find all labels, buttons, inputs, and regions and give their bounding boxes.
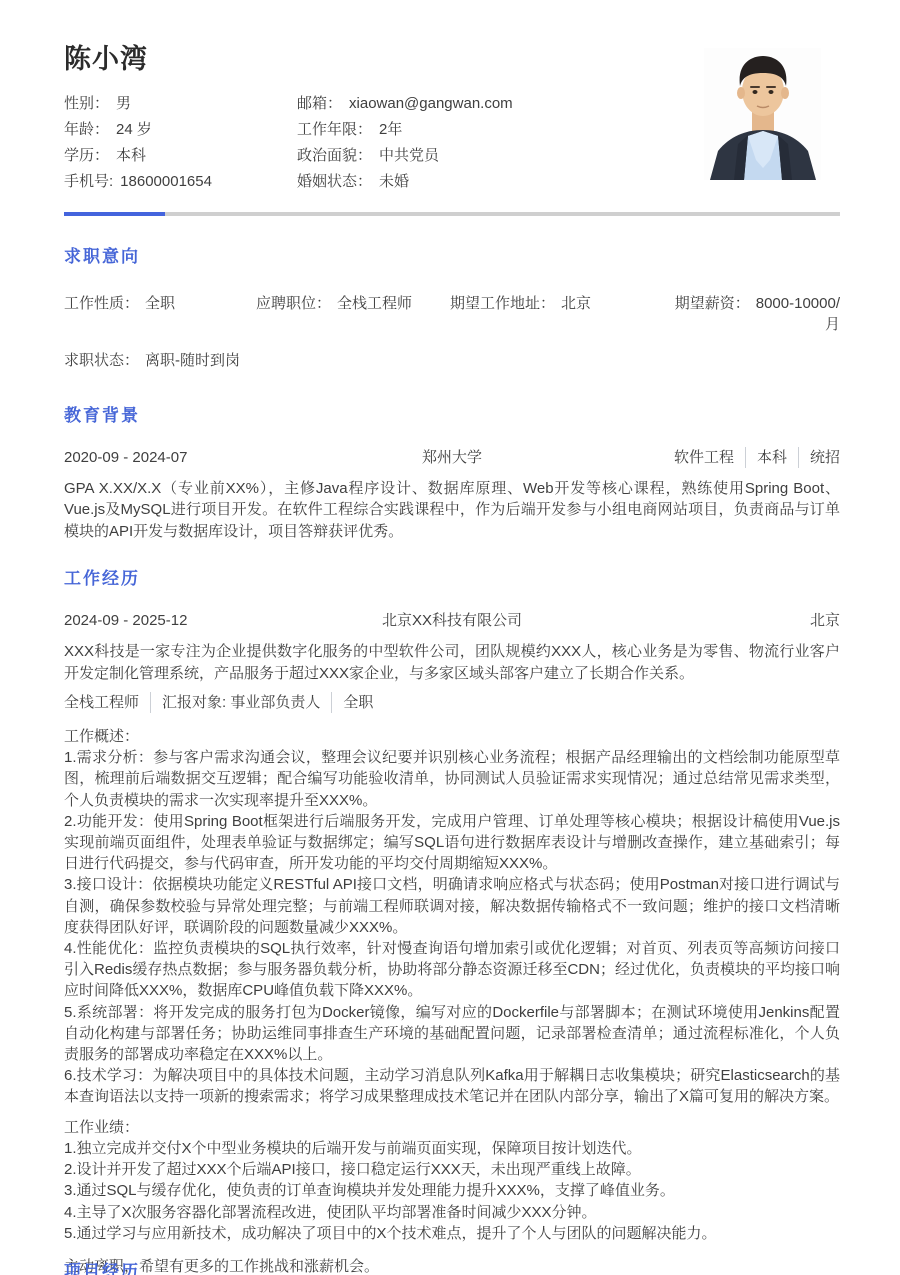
field-age: 年龄：24 岁 — [64, 120, 297, 140]
education-meta: 软件工程 本科 统招 — [482, 447, 840, 468]
work-achievements-label: 工作业绩： — [64, 1117, 840, 1138]
work-overview-item: 1.需求分析：参与客户需求沟通会议，整理会议纪要并识别核心业务流程；根据产品经理… — [64, 747, 840, 811]
work-overview-label: 工作概述： — [64, 726, 840, 747]
candidate-photo — [704, 48, 821, 180]
field-marital-status-value: 未婚 — [379, 173, 409, 190]
field-gender-value: 男 — [116, 95, 131, 112]
field-degree: 学历：本科 — [64, 146, 297, 166]
field-email-value: xiaowan@gangwan.com — [349, 95, 513, 112]
basic-info-left: 性别：男 年龄：24 岁 学历：本科 手机号:18600001654 — [64, 94, 297, 192]
header-divider — [64, 212, 840, 216]
id-photo-illustration — [704, 48, 821, 180]
section-title-work: 工作经历 — [64, 568, 840, 590]
field-marital-status: 婚姻状态：未婚 — [297, 172, 513, 192]
field-gender-label: 性别： — [64, 95, 109, 112]
education-enrollment-type: 统招 — [798, 447, 840, 468]
work-company-intro: XXX科技是一家专注为企业提供数字化服务的中型软件公司，团队规模约XXX人，核心… — [64, 641, 840, 684]
work-role-row: 全栈工程师 汇报对象: 事业部负责人 全职 — [64, 692, 840, 713]
education-meta-list: 软件工程 本科 统招 — [674, 447, 840, 468]
field-degree-label: 学历： — [64, 147, 109, 164]
header-divider-accent — [64, 212, 165, 216]
section-title-education: 教育背景 — [64, 405, 840, 427]
field-phone-label: 手机号: — [64, 173, 113, 190]
field-target-position-label: 应聘职位： — [256, 295, 331, 312]
work-overview-item: 6.技术学习：为解决项目中的具体技术问题，主动学习消息队列Kafka用于解耦日志… — [64, 1065, 840, 1107]
field-phone-value: 18600001654 — [120, 173, 212, 190]
work-period: 2024-09 - 2025-12 — [64, 610, 382, 631]
work-achievement-item: 4.主导了X次服务容器化部署流程改进，使团队平均部署准备时间减少XXX分钟。 — [64, 1202, 840, 1223]
work-achievement-item: 3.通过SQL与缓存优化，使负责的订单查询模块并发处理能力提升XXX%，支撑了峰… — [64, 1180, 840, 1201]
education-description: GPA X.XX/X.X（专业前XX%），主修Java程序设计、数据库原理、We… — [64, 478, 840, 542]
field-gender: 性别：男 — [64, 94, 297, 114]
work-achievement-item: 5.通过学习与应用新技术，成功解决了项目中的X个技术难点，提升了个人与团队的问题… — [64, 1223, 840, 1244]
education-degree: 本科 — [745, 447, 787, 468]
work-head-row: 2024-09 - 2025-12 北京XX科技有限公司 北京 — [64, 610, 840, 631]
field-marital-status-label: 婚姻状态： — [297, 173, 372, 190]
field-expected-salary: 期望薪资：8000-10000/月 — [662, 293, 840, 335]
field-email: 邮箱：xiaowan@gangwan.com — [297, 94, 513, 114]
field-email-label: 邮箱： — [297, 95, 342, 112]
work-employment-type: 全职 — [331, 692, 373, 713]
education-head-row: 2020-09 - 2024-07 郑州大学 软件工程 本科 统招 — [64, 447, 840, 468]
field-job-status: 求职状态：离职-随时到岗 — [64, 350, 840, 371]
field-job-type: 工作性质：全职 — [64, 293, 256, 335]
education-major: 软件工程 — [674, 447, 734, 468]
work-report-to: 汇报对象: 事业部负责人 — [150, 692, 320, 713]
education-period: 2020-09 - 2024-07 — [64, 447, 422, 468]
field-phone: 手机号:18600001654 — [64, 172, 297, 192]
education-school: 郑州大学 — [422, 447, 482, 468]
field-political-status: 政治面貌：中共党员 — [297, 146, 513, 166]
field-job-status-label: 求职状态： — [64, 352, 139, 369]
field-target-position: 应聘职位：全栈工程师 — [256, 293, 450, 335]
field-job-type-label: 工作性质： — [64, 295, 139, 312]
work-overview-item: 5.系统部署：将开发完成的服务打包为Docker镜像，编写对应的Dockerfi… — [64, 1002, 840, 1066]
work-achievements: 工作业绩： 1.独立完成并交付X个中型业务模块的后端开发与前端页面实现，保障项目… — [64, 1117, 840, 1244]
field-age-label: 年龄： — [64, 121, 109, 138]
section-title-projects: 项目经历 — [64, 1261, 140, 1275]
field-experience-years-value: 2年 — [379, 121, 402, 138]
work-role-title: 全栈工程师 — [64, 692, 139, 713]
work-overview-item: 4.性能优化：监控负责模块的SQL执行效率，针对慢查询语句增加索引或优化逻辑；对… — [64, 938, 840, 1002]
job-intent-fields: 工作性质：全职 应聘职位：全栈工程师 期望工作地址：北京 期望薪资：8000-1… — [64, 293, 840, 335]
field-target-city-label: 期望工作地址： — [450, 295, 555, 312]
field-age-value: 24 岁 — [116, 121, 152, 138]
section-title-job-intent: 求职意向 — [64, 246, 840, 268]
work-overview: 工作概述： 1.需求分析：参与客户需求沟通会议，整理会议纪要并识别核心业务流程；… — [64, 726, 840, 1108]
work-overview-item: 2.功能开发：使用Spring Boot框架进行后端服务开发，完成用户管理、订单… — [64, 811, 840, 875]
field-job-type-value: 全职 — [145, 295, 175, 312]
field-job-status-value: 离职-随时到岗 — [145, 352, 240, 369]
basic-info-right: 邮箱：xiaowan@gangwan.com 工作年限：2年 政治面貌：中共党员… — [297, 94, 513, 192]
field-political-status-label: 政治面貌： — [297, 147, 372, 164]
field-target-city: 期望工作地址：北京 — [450, 293, 662, 335]
field-expected-salary-value: 8000-10000/月 — [756, 295, 840, 333]
field-experience-years: 工作年限：2年 — [297, 120, 513, 140]
work-achievement-item: 1.独立完成并交付X个中型业务模块的后端开发与前端页面实现，保障项目按计划迭代。 — [64, 1138, 840, 1159]
work-company: 北京XX科技有限公司 — [382, 610, 522, 631]
resume-page: 陈小湾 性别：男 年龄：24 岁 学历：本科 手机号:18600001654 邮… — [0, 0, 900, 1275]
work-overview-item: 3.接口设计：依据模块功能定义RESTful API接口文档，明确请求响应格式与… — [64, 874, 840, 938]
field-expected-salary-label: 期望薪资： — [675, 295, 750, 312]
field-political-status-value: 中共党员 — [379, 147, 439, 164]
work-location: 北京 — [522, 610, 840, 631]
field-degree-value: 本科 — [116, 147, 146, 164]
work-role-meta-list: 全栈工程师 汇报对象: 事业部负责人 全职 — [64, 692, 373, 713]
work-leaving-reason: 主动离职，希望有更多的工作挑战和涨薪机会。 — [64, 1256, 840, 1275]
field-target-city-value: 北京 — [561, 295, 591, 312]
work-achievement-item: 2.设计并开发了超过XXX个后端API接口，接口稳定运行XXX天，未出现严重线上… — [64, 1159, 840, 1180]
field-experience-years-label: 工作年限： — [297, 121, 372, 138]
field-target-position-value: 全栈工程师 — [337, 295, 412, 312]
